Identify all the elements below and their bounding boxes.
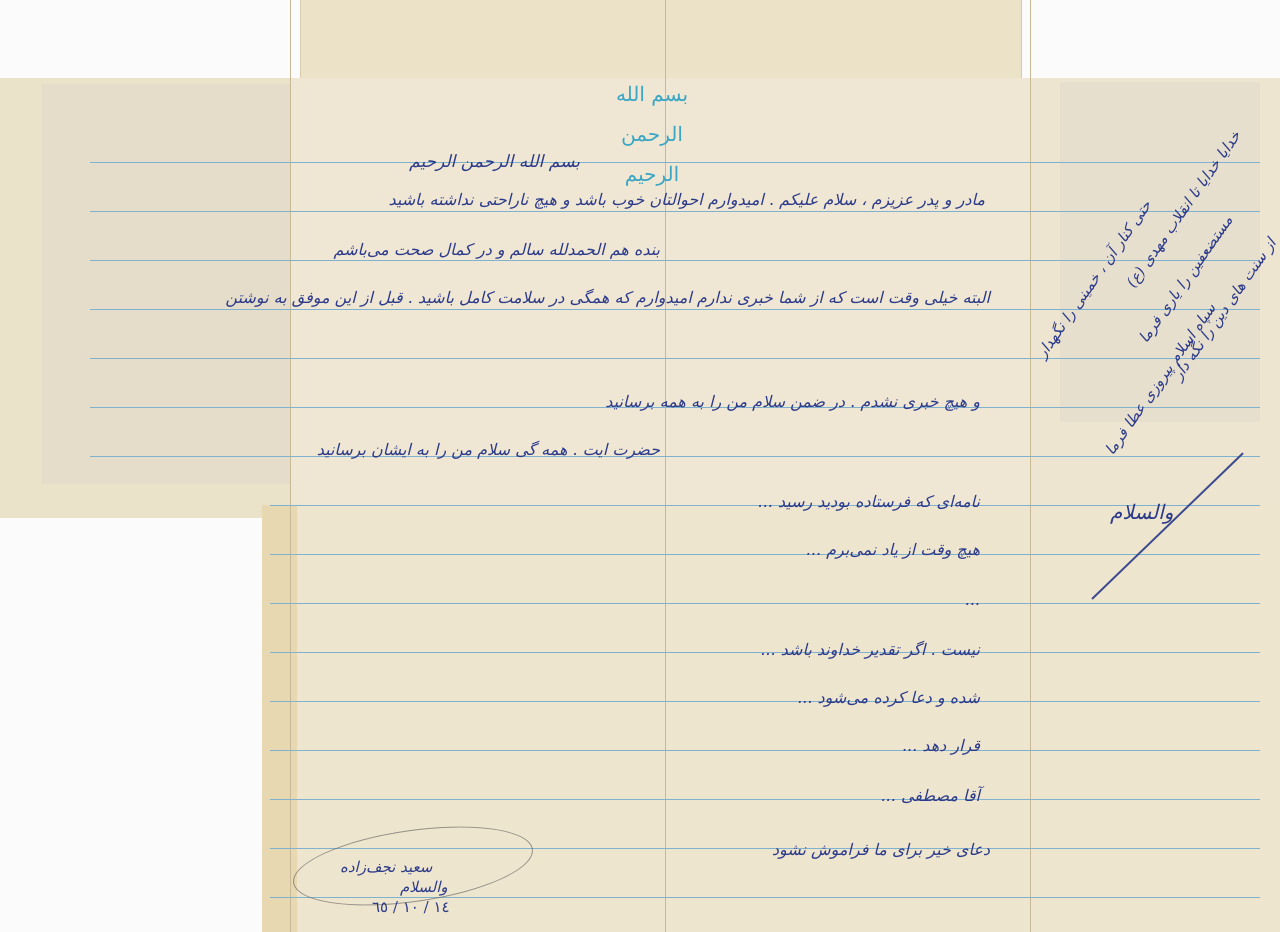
letter-line: قرار دهد ... xyxy=(902,736,980,755)
rule-line xyxy=(90,456,1260,457)
closing-salutation: والسلام xyxy=(400,878,448,896)
rule-line xyxy=(270,750,1260,751)
letter-line: ... xyxy=(965,590,980,609)
letter-line: البته خیلی وقت است که از شما خبری ندارم … xyxy=(225,288,990,307)
letter-line: نامه‌ای که فرستاده بودید رسید ... xyxy=(758,492,980,511)
bismillah-calligraphy: بسم الله الرحمن الرحیم xyxy=(612,74,692,114)
fold-line xyxy=(290,0,291,932)
rule-line xyxy=(90,309,1260,310)
letter-line: حضرت ایت . همه گی سلام من را به ایشان بر… xyxy=(317,440,660,459)
rule-line xyxy=(270,799,1260,800)
margin-signature: والسلام xyxy=(1110,500,1173,524)
rule-line xyxy=(270,603,1260,604)
signer-name: سعید نجف‌زاده xyxy=(340,858,432,876)
rule-line xyxy=(90,358,1260,359)
letter-line: هیچ وقت از یاد نمی‌برم ... xyxy=(806,540,980,559)
opening-line: بسم الله الرحمن الرحیم xyxy=(409,152,580,172)
letter-line: شده و دعا کرده می‌شود ... xyxy=(797,688,980,707)
envelope-flap xyxy=(300,0,1022,80)
rule-line xyxy=(270,554,1260,555)
rule-line xyxy=(90,211,1260,212)
lower-left-edge xyxy=(262,505,297,932)
fold-line xyxy=(1030,0,1031,932)
letter-line: نیست . اگر تقدیر خداوند باشد ... xyxy=(760,640,980,659)
letter-line: و هیچ خبری نشدم . در ضمن سلام من را به ه… xyxy=(605,392,980,411)
letter-line: دعای خیر برای ما فراموش نشود xyxy=(772,840,990,859)
letter-line: آقا مصطفی ... xyxy=(881,786,980,805)
rule-line xyxy=(270,701,1260,702)
letter-line: بنده هم الحمدلله سالم و در کمال صحت می‌ب… xyxy=(333,240,660,259)
letter-date: ١٤ / ١٠ / ٦٥ xyxy=(372,898,450,916)
rule-line xyxy=(90,260,1260,261)
letter-line: مادر و پدر عزیزم ، سلام علیکم . امیدوارم… xyxy=(388,190,985,209)
